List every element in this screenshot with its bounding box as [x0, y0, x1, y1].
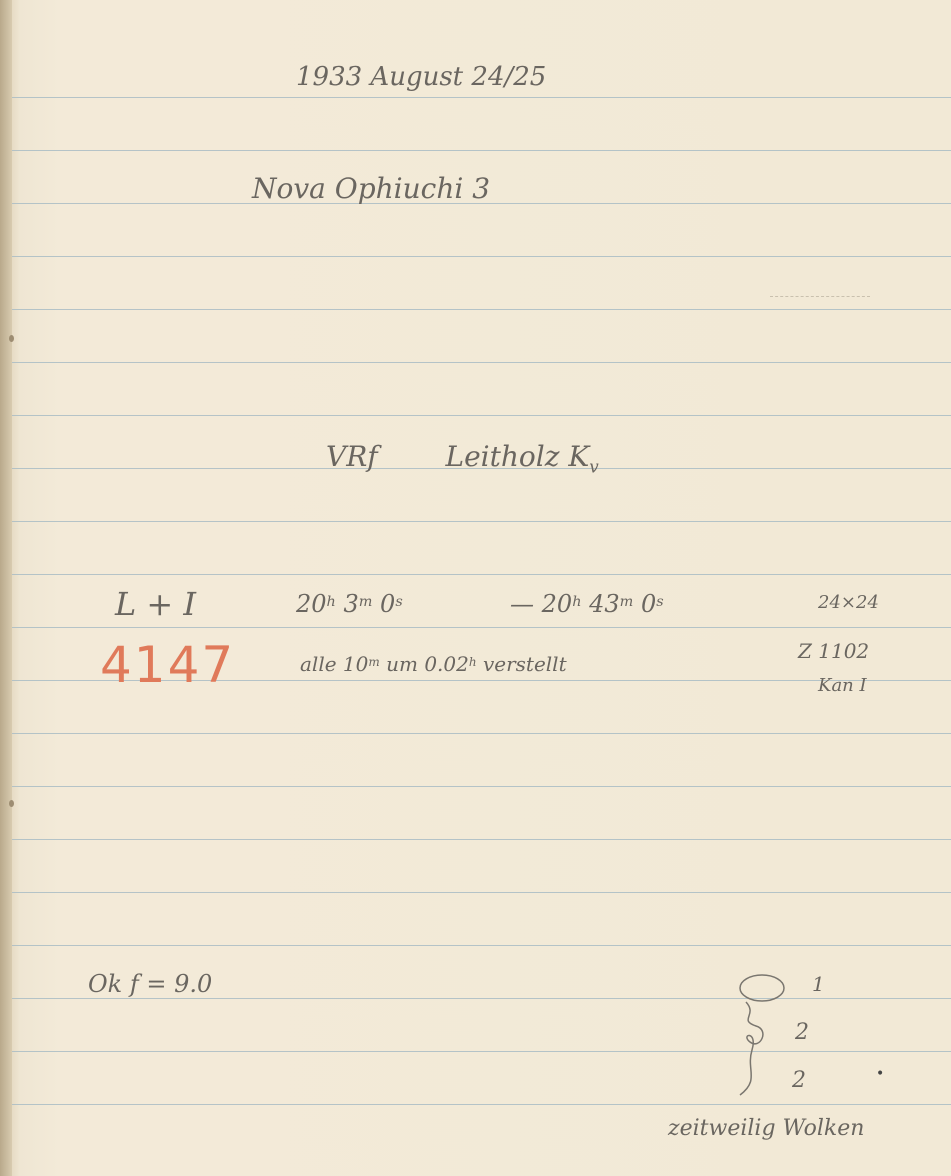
ruled-line: [12, 97, 951, 98]
binding-hole: [9, 800, 14, 807]
telescope-label: VRf: [326, 440, 378, 473]
plate-type: Leitholz K: [445, 440, 589, 473]
notebook-page: 1933 August 24/25 Nova Ophiuchi 3 VRf Le…: [0, 0, 951, 1176]
plate-number: 4147: [100, 636, 235, 694]
ruled-line: [12, 892, 951, 893]
side-note-ref: Z 1102: [798, 639, 869, 663]
ruled-line: [12, 945, 951, 946]
weather-remark: zeitweilig Wolken: [668, 1116, 864, 1141]
quality-value-3: 2: [792, 1068, 806, 1093]
faint-bleedthrough: [770, 296, 870, 297]
object-name: Nova Ophiuchi 3: [252, 172, 490, 205]
ruled-line: [12, 150, 951, 151]
ruled-line: [12, 786, 951, 787]
ruled-line: [12, 1051, 951, 1052]
binding-hole: [9, 335, 14, 342]
binding-edge: [0, 0, 12, 1176]
quality-value-2: 2: [795, 1020, 809, 1045]
ruled-line: [12, 627, 951, 628]
quality-value-1: 1: [812, 972, 825, 996]
ruled-line: [12, 415, 951, 416]
ruled-line: [12, 574, 951, 575]
ruled-line: [12, 1104, 951, 1105]
side-note-channel: Kan I: [818, 675, 867, 696]
exposure-start: 20h 3m 0s: [296, 590, 403, 618]
ruled-line: [12, 362, 951, 363]
ruled-line: [12, 839, 951, 840]
ruled-line: [12, 521, 951, 522]
adjustment-note: alle 10m um 0.02h verstellt: [300, 652, 567, 676]
exposure-end: — 20h 43m 0s: [510, 590, 664, 618]
ruled-line: [12, 256, 951, 257]
brace-mark-icon: [730, 970, 790, 1100]
exposure-label: L + I: [115, 585, 196, 623]
ocular-focal: Ok f = 9.0: [88, 970, 212, 998]
ruled-line: [12, 309, 951, 310]
plate-subscript: v: [589, 457, 598, 477]
instrument-line: VRf Leitholz Kv: [326, 440, 599, 477]
date-heading: 1933 August 24/25: [296, 62, 546, 92]
side-note-size: 24×24: [818, 592, 879, 613]
dot-mark: •: [876, 1066, 884, 1082]
ruled-line: [12, 998, 951, 999]
ruled-line: [12, 733, 951, 734]
